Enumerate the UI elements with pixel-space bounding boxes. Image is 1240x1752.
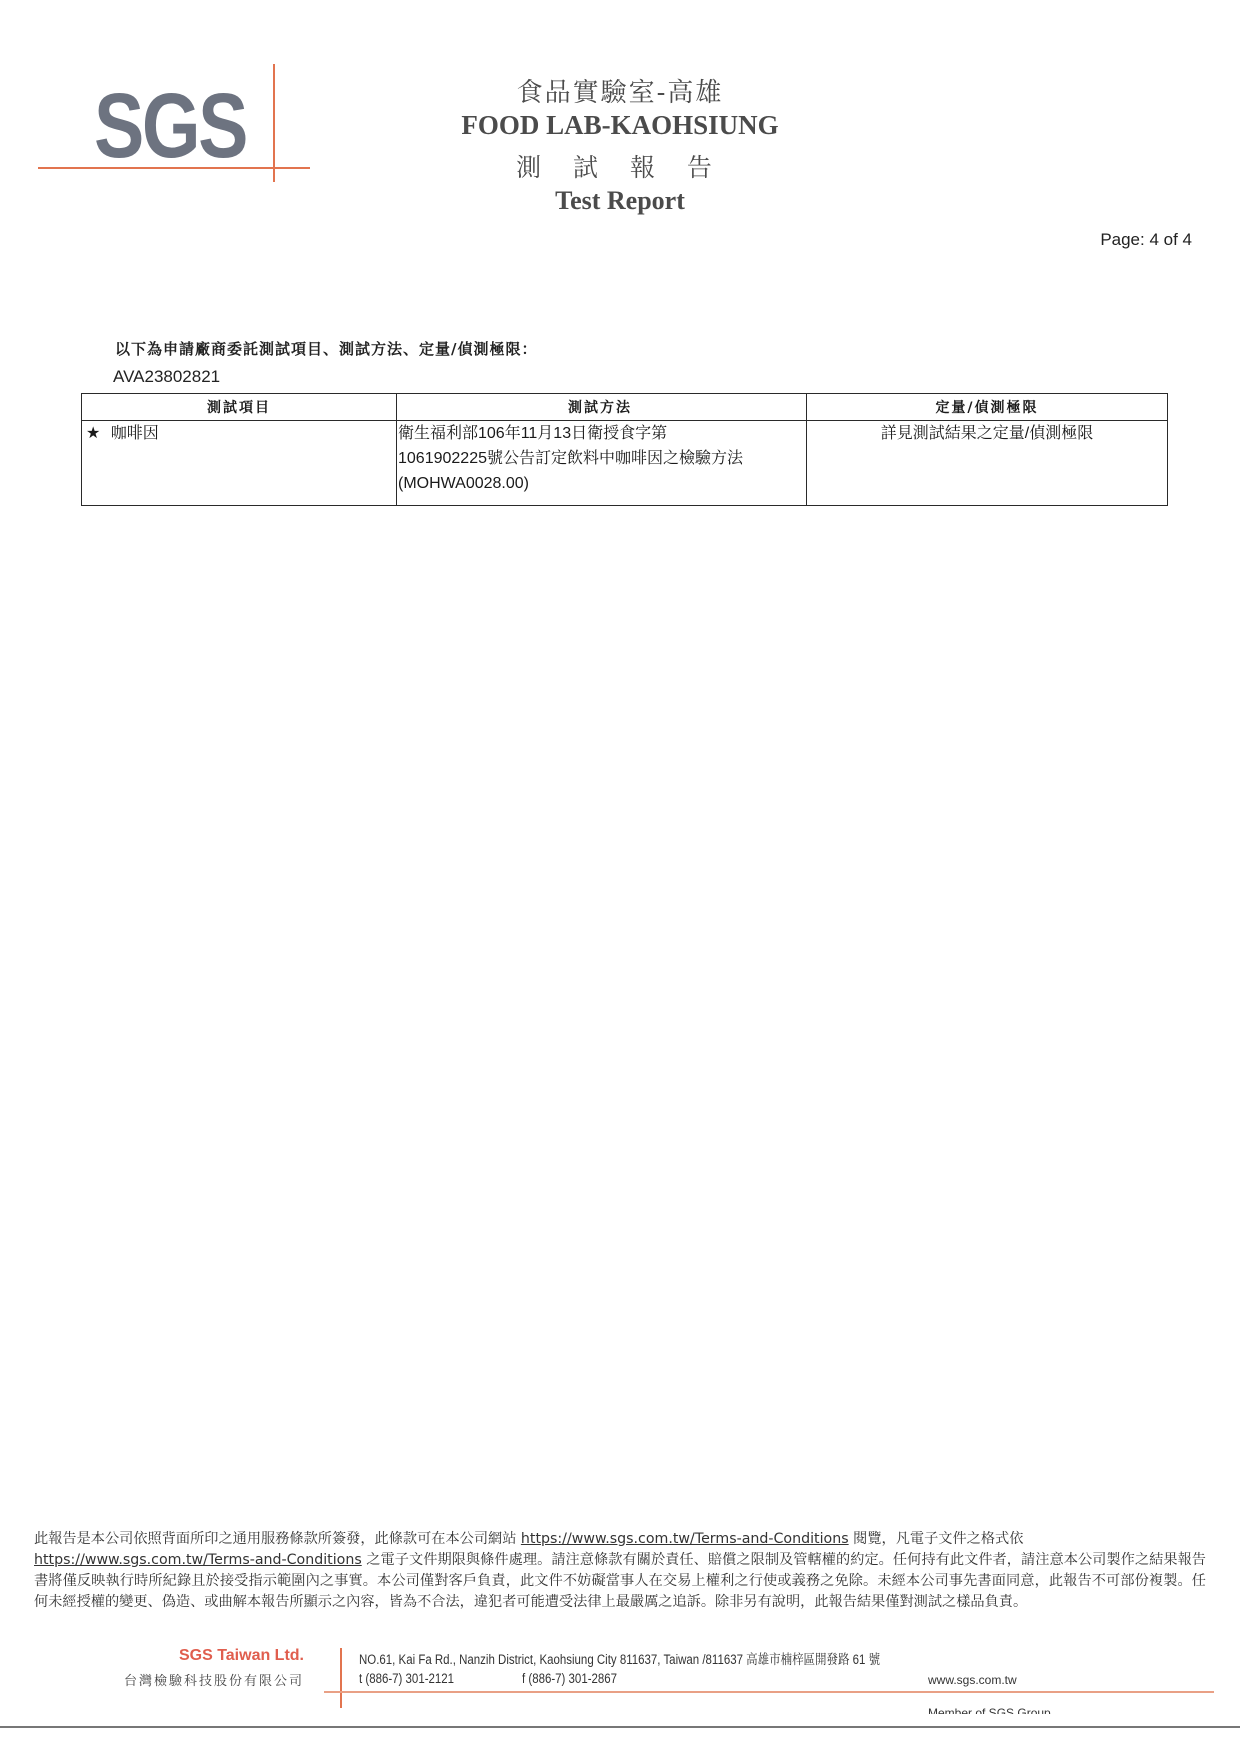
table-row: ★ 咖啡因 衛生福利部106年11月13日衛授食字第 1061902225號公告…: [82, 421, 1168, 506]
member-of-group: Member of SGS Group: [928, 1706, 1051, 1714]
page-number: Page: 4 of 4: [1100, 230, 1192, 250]
column-header-test-item: 測試項目: [82, 394, 397, 421]
doc-type-en: Test Report: [0, 186, 1240, 216]
terms-link-2[interactable]: https://www.sgs.com.tw/Terms-and-Conditi…: [34, 1552, 362, 1568]
method-line: (MOHWA0028.00): [398, 471, 802, 496]
company-address: NO.61, Kai Fa Rd., Nanzih District, Kaoh…: [359, 1648, 880, 1668]
method-line: 1061902225號公告訂定飲料中咖啡因之檢驗方法: [398, 446, 802, 471]
doc-type-cn: 測 試 報 告: [0, 148, 1240, 184]
company-telephone: t (886-7) 301-2121: [359, 1671, 454, 1686]
column-header-test-method: 測試方法: [397, 394, 807, 421]
intro-heading: 以下為申請廠商委託測試項目、測試方法、定量/偵測極限：: [115, 338, 537, 359]
lab-name-cn: 食品實驗室-高雄: [0, 72, 1240, 109]
star-icon: ★: [86, 425, 100, 442]
footer-divider-vertical: [340, 1648, 342, 1708]
cell-limit: 詳見測試結果之定量/偵測極限: [807, 421, 1168, 506]
terms-link[interactable]: https://www.sgs.com.tw/Terms-and-Conditi…: [521, 1531, 849, 1547]
disclaimer-part: 此報告是本公司依照背面所印之通用服務條款所簽發，此條款可在本公司網站: [34, 1531, 521, 1547]
company-fax: f (886-7) 301-2867: [522, 1671, 617, 1686]
disclaimer-part: 閱覽，凡電子文件之格式依: [849, 1531, 1024, 1547]
page-bottom-line: [0, 1726, 1240, 1728]
test-items-table: 測試項目 測試方法 定量/偵測極限 ★ 咖啡因 衛生福利部106年11月13日衛…: [81, 393, 1168, 506]
method-line: 衛生福利部106年11月13日衛授食字第: [398, 421, 802, 446]
company-name-cn: 台灣檢驗科技股份有限公司: [124, 1670, 304, 1689]
cell-test-method: 衛生福利部106年11月13日衛授食字第 1061902225號公告訂定飲料中咖…: [397, 421, 807, 506]
column-header-limit: 定量/偵測極限: [807, 394, 1168, 421]
company-name-en: SGS Taiwan Ltd.: [179, 1647, 304, 1665]
cell-test-item: ★ 咖啡因: [82, 421, 397, 506]
disclaimer-text: 此報告是本公司依照背面所印之通用服務條款所簽發，此條款可在本公司網站 https…: [34, 1529, 1206, 1613]
company-website[interactable]: www.sgs.com.tw: [928, 1673, 1017, 1687]
report-number: AVA23802821: [113, 367, 220, 387]
test-item-name: 咖啡因: [111, 425, 159, 442]
table-header-row: 測試項目 測試方法 定量/偵測極限: [82, 394, 1168, 421]
footer-divider-horizontal: [324, 1691, 1214, 1693]
lab-name-en: FOOD LAB-KAOHSIUNG: [0, 110, 1240, 141]
